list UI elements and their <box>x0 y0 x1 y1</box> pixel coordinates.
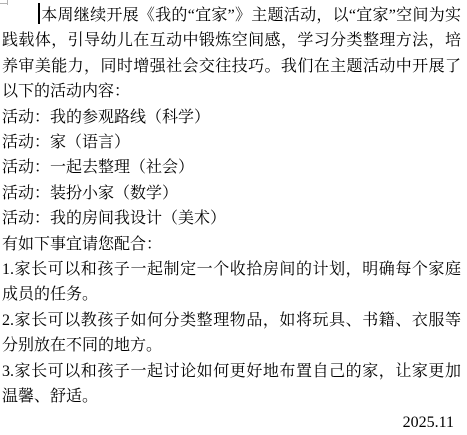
notice-item-1[interactable]: 1.家长可以和孩子一起制定一个收拾房间的计划，明确每个家庭成员的任务。 <box>2 257 461 308</box>
activity-line-language[interactable]: 活动：家（语言） <box>2 130 461 155</box>
activity-line-science[interactable]: 活动：我的参观路线（科学） <box>2 105 461 130</box>
activity-line-social[interactable]: 活动：一起去整理（社会） <box>2 155 461 180</box>
notice-item-2[interactable]: 2.家长可以教孩子如何分类整理物品，如将玩具、书籍、衣服等分别放在不同的地方。 <box>2 308 461 359</box>
text-boundary-mark-vertical <box>7 0 8 5</box>
notice-item-3[interactable]: 3.家长可以和孩子一起讨论如何更好地布置自己的家，让家更加温馨、舒适。 <box>2 359 461 410</box>
document-page: 本周继续开展《我的“宜家”》主题活动，以“宜家”空间为实践载体，引导幼儿在互动中… <box>0 0 467 435</box>
editable-text-area[interactable]: 本周继续开展《我的“宜家”》主题活动，以“宜家”空间为实践载体，引导幼儿在互动中… <box>0 0 467 435</box>
intro-text: 本周继续开展《我的“宜家”》主题活动，以“宜家”空间为实践载体，引导幼儿在互动中… <box>2 7 461 100</box>
notice-heading[interactable]: 有如下事宜请您配合： <box>2 232 461 257</box>
activity-line-math[interactable]: 活动：装扮小家（数学） <box>2 181 461 206</box>
date-line[interactable]: 2025.11 <box>2 410 461 435</box>
text-caret <box>38 3 40 24</box>
intro-paragraph[interactable]: 本周继续开展《我的“宜家”》主题活动，以“宜家”空间为实践载体，引导幼儿在互动中… <box>2 3 461 105</box>
activity-line-art[interactable]: 活动：我的房间我设计（美术） <box>2 206 461 231</box>
